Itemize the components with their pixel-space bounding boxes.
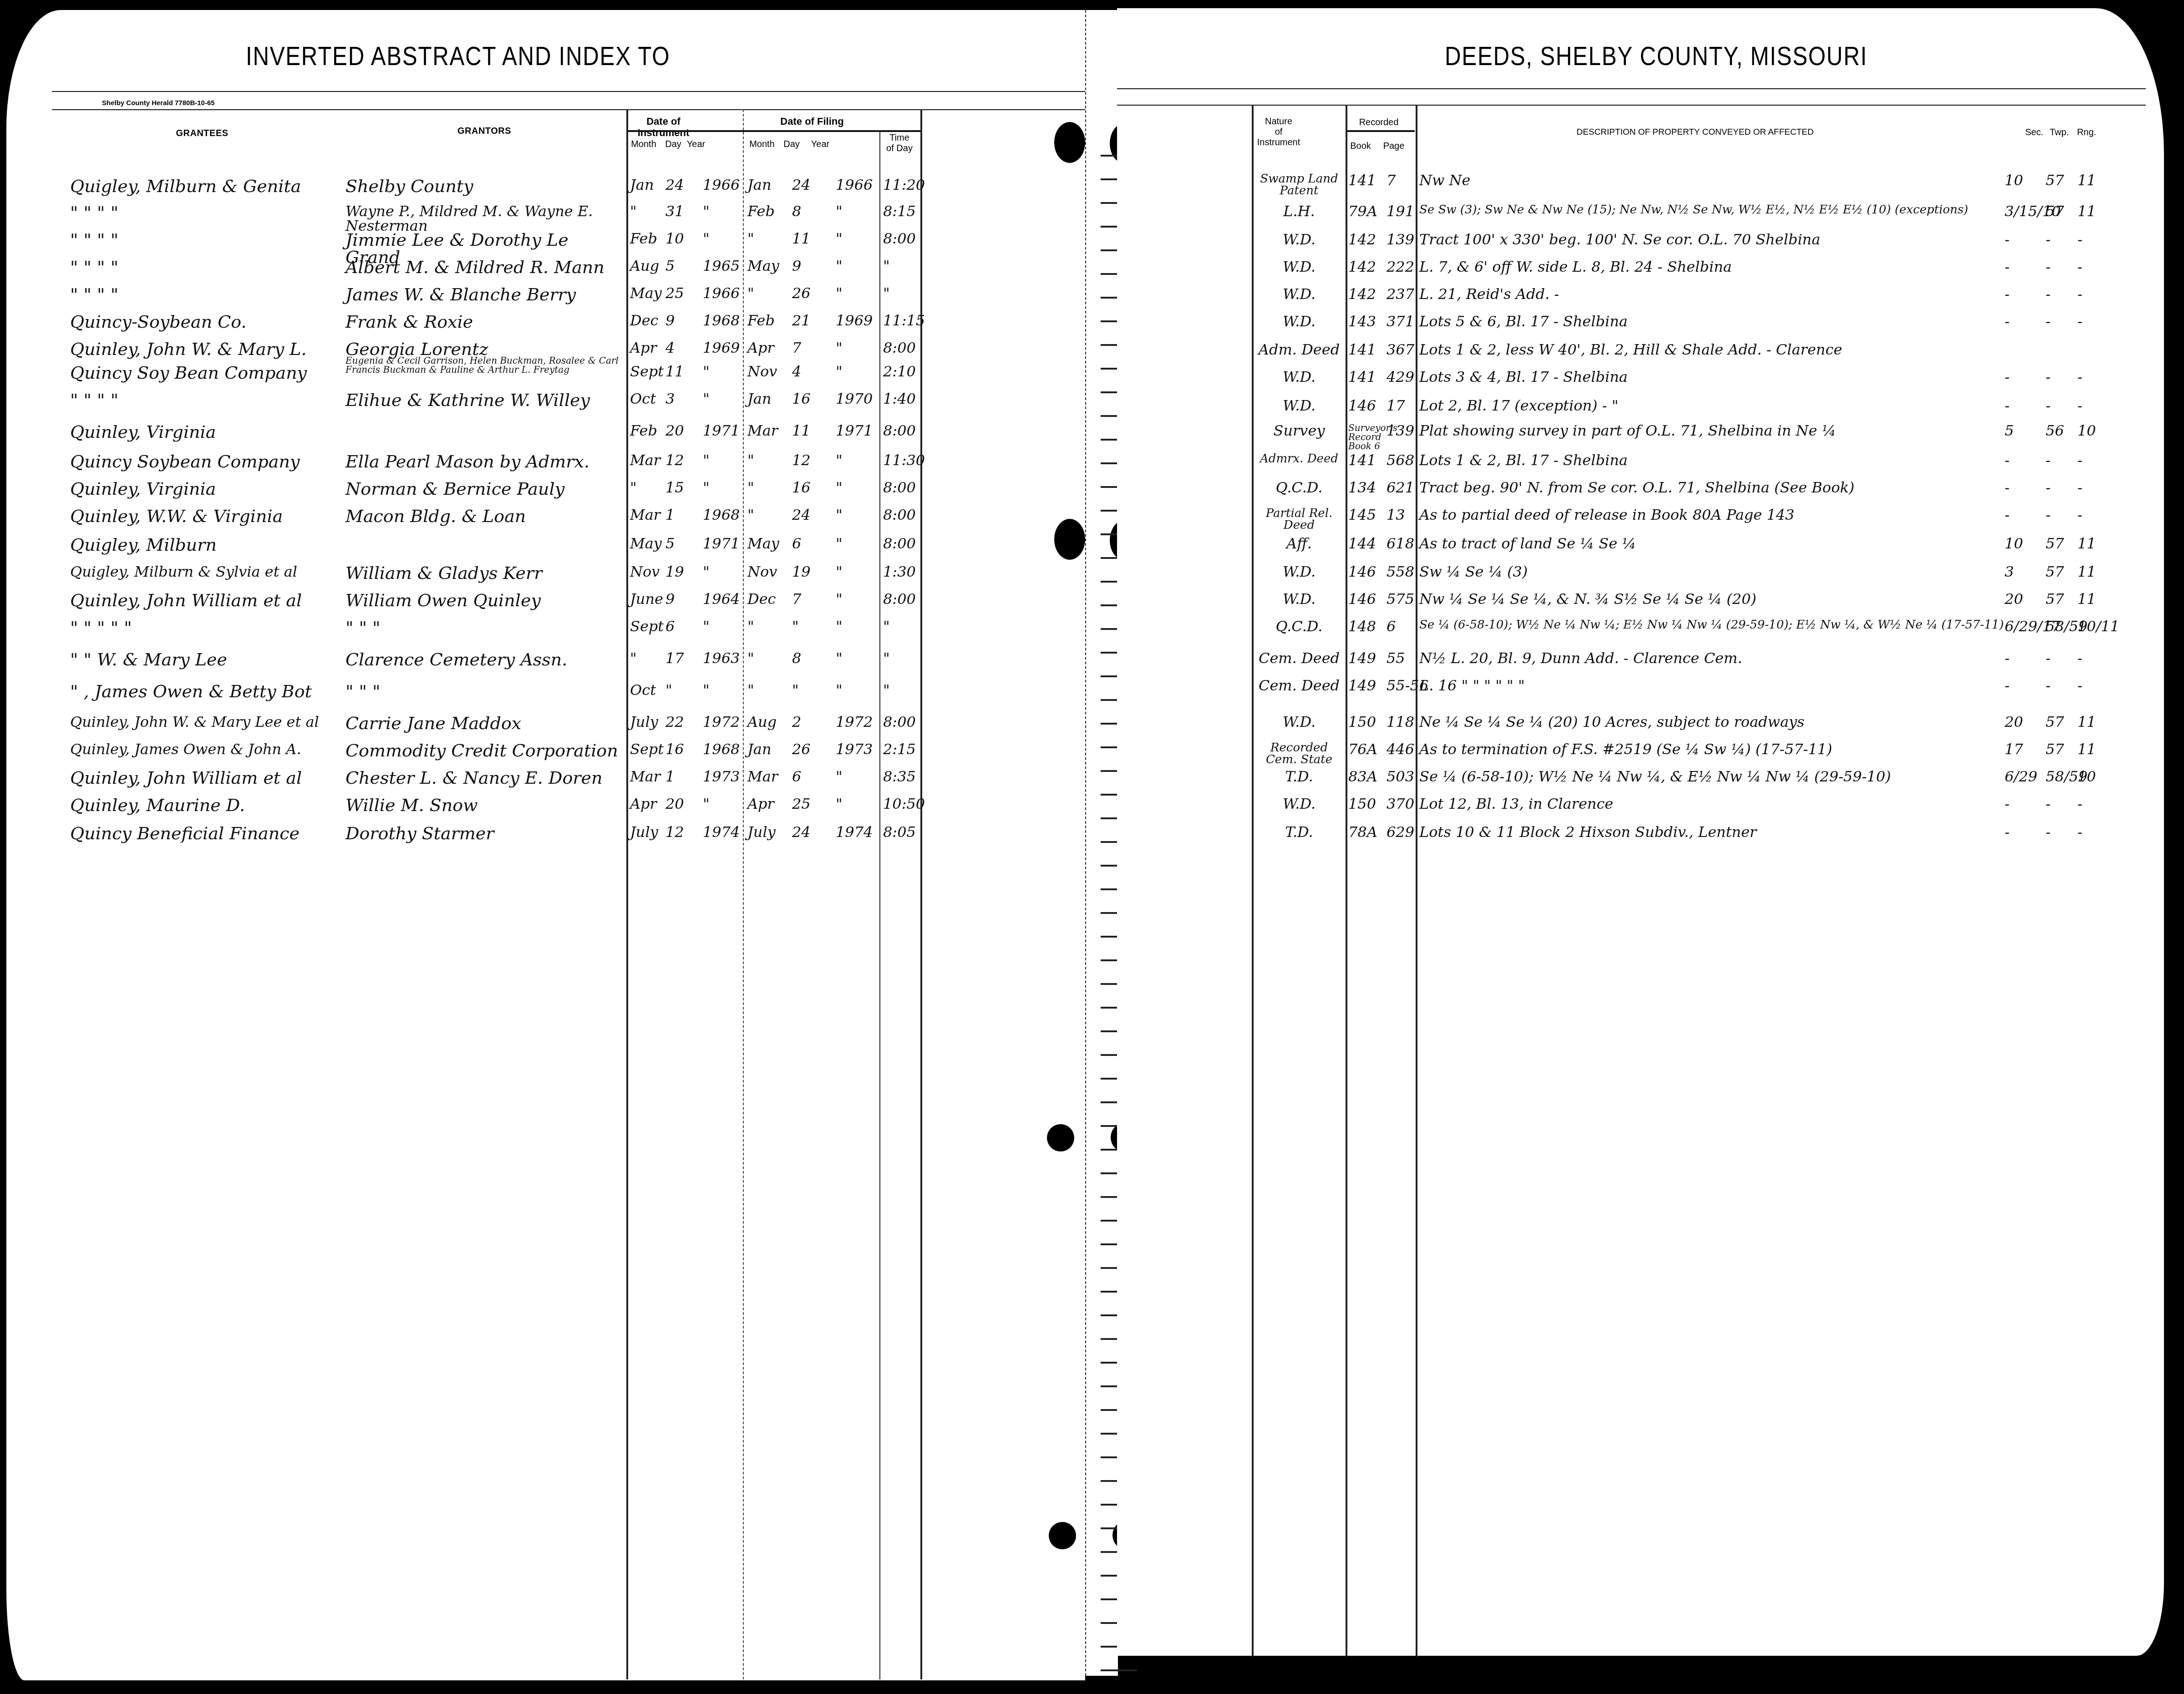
inst-month-cell: May bbox=[630, 536, 662, 551]
sec-cell: 17 bbox=[2005, 742, 2023, 756]
sec-cell: 10 bbox=[2005, 173, 2023, 188]
punch-hole bbox=[1047, 1124, 1074, 1151]
inst-day-cell: 24 bbox=[665, 178, 684, 192]
inst-day-cell: 5 bbox=[665, 536, 675, 551]
time-cell: 11:30 bbox=[883, 453, 925, 467]
page-cell: 367 bbox=[1387, 342, 1414, 357]
nature-cell: W.D. bbox=[1254, 232, 1345, 247]
nature-cell: T.D. bbox=[1254, 769, 1345, 784]
book-cell: 141 bbox=[1348, 342, 1385, 357]
inst-year-cell: " bbox=[703, 480, 710, 495]
rng-cell: 10 bbox=[2077, 769, 2096, 784]
rng-cell: - bbox=[2077, 398, 2082, 413]
header-fil-year: Year bbox=[807, 139, 834, 150]
page-cell: 371 bbox=[1387, 314, 1414, 329]
twp-cell: - bbox=[2046, 507, 2051, 522]
grantor-cell: Norman & Bernice Pauly bbox=[345, 480, 619, 497]
inst-month-cell: Mar bbox=[630, 769, 660, 784]
sec-cell: - bbox=[2005, 398, 2010, 413]
grantee-cell: Quinley, John W. & Mary Lee et al bbox=[70, 715, 319, 729]
nature-cell: Q.C.D. bbox=[1254, 619, 1345, 634]
time-cell: " bbox=[883, 683, 890, 697]
sec-cell: - bbox=[2005, 314, 2010, 329]
fil-day-cell: 21 bbox=[792, 313, 811, 328]
table-row: W.D.141429Lots 3 & 4, Bl. 17 - Shelbina-… bbox=[1117, 370, 2155, 395]
grantor-cell: Dorothy Starmer bbox=[345, 825, 619, 842]
fil-year-cell: 1971 bbox=[836, 423, 873, 438]
book-cell: 150 bbox=[1348, 715, 1385, 729]
fil-year-cell: " bbox=[836, 564, 843, 579]
table-row: W.D.14617Lot 2, Bl. 17 (exception) - "--… bbox=[1117, 398, 2155, 424]
inst-day-cell: 4 bbox=[665, 340, 675, 355]
grantor-cell: William & Gladys Kerr bbox=[345, 564, 619, 582]
twp-cell: - bbox=[2046, 287, 2051, 301]
description-cell: Se Sw (3); Sw Ne & Nw Ne (15); Ne Nw, N½… bbox=[1419, 204, 1968, 216]
header-time-of-day: Time of Day bbox=[881, 133, 918, 154]
table-row: W.D.150370Lot 12, Bl. 13, in Clarence--- bbox=[1117, 796, 2155, 822]
inst-month-cell: Sept bbox=[630, 619, 664, 634]
description-cell: As to partial deed of release in Book 80… bbox=[1419, 507, 1794, 522]
grantee-cell: Quinley, Virginia bbox=[70, 480, 216, 497]
sec-cell: 20 bbox=[2005, 592, 2023, 606]
rng-cell: - bbox=[2077, 259, 2082, 274]
page-cell: 429 bbox=[1387, 370, 1414, 384]
header-nature-line2: of bbox=[1254, 127, 1304, 137]
table-row: Quinley, John William et alWilliam Owen … bbox=[6, 592, 920, 617]
fil-year-cell: " bbox=[836, 453, 843, 467]
header-rule-top bbox=[1117, 88, 2146, 89]
nature-cell: Survey bbox=[1254, 423, 1345, 438]
page-cell: 118 bbox=[1387, 715, 1414, 729]
rng-cell: - bbox=[2077, 678, 2082, 693]
description-cell: As to termination of F.S. #2519 (Se ¼ Sw… bbox=[1419, 742, 1832, 756]
grantee-cell: Quigley, Milburn bbox=[70, 536, 217, 553]
table-row: Swamp Land Patent1417Nw Ne105711 bbox=[1117, 173, 2155, 198]
fil-day-cell: 11 bbox=[792, 231, 811, 246]
fil-year-cell: 1974 bbox=[836, 825, 873, 839]
rng-cell: 11 bbox=[2077, 564, 2096, 579]
description-cell: Nw ¼ Se ¼ Se ¼, & N. ¾ S½ Se ¼ Se ¼ (20) bbox=[1419, 592, 1757, 606]
rng-cell: - bbox=[2077, 370, 2082, 384]
fil-year-cell: 1973 bbox=[836, 742, 873, 756]
inst-day-cell: 16 bbox=[665, 742, 684, 756]
rng-cell: 11 bbox=[2077, 592, 2096, 606]
nature-cell: Cem. Deed bbox=[1254, 651, 1345, 665]
inst-day-cell: 10 bbox=[665, 231, 684, 246]
inst-year-cell: 1968 bbox=[703, 313, 740, 328]
sec-cell: - bbox=[2005, 480, 2010, 495]
punch-hole bbox=[1054, 519, 1085, 560]
nature-cell: Adm. Deed bbox=[1254, 342, 1345, 357]
nature-cell: W.D. bbox=[1254, 314, 1345, 329]
twp-cell: 57 bbox=[2046, 173, 2064, 188]
inst-year-cell: 1974 bbox=[703, 825, 740, 839]
table-row: " " " "Wayne P., Mildred M. & Wayne E. N… bbox=[6, 204, 920, 229]
sec-cell: - bbox=[2005, 287, 2010, 301]
inst-day-cell: 11 bbox=[665, 364, 684, 379]
inst-month-cell: Apr bbox=[630, 796, 657, 811]
fil-year-cell: " bbox=[836, 619, 843, 634]
sec-cell: 5 bbox=[2005, 423, 2014, 438]
fil-day-cell: 9 bbox=[792, 259, 801, 273]
description-cell: Nw Ne bbox=[1419, 173, 1471, 188]
inst-month-cell: Apr bbox=[630, 340, 657, 355]
table-row: Quinley, John W. & Mary Lee et alCarrie … bbox=[6, 715, 920, 740]
nature-cell: Q.C.D. bbox=[1254, 480, 1345, 495]
sec-cell: - bbox=[2005, 507, 2010, 522]
table-row: Quinley, VirginiaFeb201971Mar1119718:00 bbox=[6, 423, 920, 449]
grantor-cell: Macon Bldg. & Loan bbox=[345, 507, 619, 525]
rng-cell: 10/11 bbox=[2077, 619, 2119, 634]
book-cell: 76A bbox=[1348, 742, 1385, 756]
rng-cell: - bbox=[2077, 651, 2082, 665]
fil-month-cell: May bbox=[747, 259, 779, 273]
grantee-cell: Quigley, Milburn & Sylvia et al bbox=[70, 564, 297, 579]
time-cell: 2:15 bbox=[883, 742, 916, 756]
twp-cell: - bbox=[2046, 480, 2051, 495]
inst-month-cell: Oct bbox=[630, 391, 656, 406]
inst-month-cell: Aug bbox=[630, 259, 659, 273]
nature-cell: Recorded Cem. State bbox=[1254, 742, 1345, 766]
time-cell: 2:10 bbox=[883, 364, 916, 379]
header-inst-day: Day bbox=[662, 139, 685, 150]
nature-cell: W.D. bbox=[1254, 259, 1345, 274]
twp-cell: 57 bbox=[2046, 715, 2064, 729]
table-row: Quigley, Milburn & GenitaShelby CountyJa… bbox=[6, 178, 920, 203]
grantee-cell: Quinley, John William et al bbox=[70, 592, 302, 609]
header-time-of-day-line1: Time bbox=[881, 133, 918, 143]
table-row: W.D.143371Lots 5 & 6, Bl. 17 - Shelbina-… bbox=[1117, 314, 2155, 340]
book-cell: 150 bbox=[1348, 796, 1385, 811]
inst-year-cell: " bbox=[703, 796, 710, 811]
table-row: Partial Rel. Deed14513As to partial deed… bbox=[1117, 507, 2155, 533]
inst-year-cell: 1968 bbox=[703, 742, 740, 756]
table-row: Quincy Soybean CompanyElla Pearl Mason b… bbox=[6, 453, 920, 478]
grantee-cell: Quinley, James Owen & John A. bbox=[70, 742, 301, 756]
fil-day-cell: 7 bbox=[792, 340, 801, 355]
fil-year-cell: " bbox=[836, 651, 843, 665]
header-twp: Twp. bbox=[2046, 127, 2073, 138]
book-cell: Surveyor's Record Book 6 bbox=[1348, 423, 1385, 451]
table-row: T.D.83A503Se ¼ (6-58-10); W½ Ne ¼ Nw ¼, … bbox=[1117, 769, 2155, 795]
page-cell: 17 bbox=[1387, 398, 1405, 413]
inst-year-cell: " bbox=[703, 231, 710, 246]
book-cell: 142 bbox=[1348, 259, 1385, 274]
description-cell: Lots 1 & 2, Bl. 17 - Shelbina bbox=[1419, 453, 1628, 467]
fil-month-cell: Jan bbox=[747, 742, 772, 756]
inst-month-cell: Jan bbox=[630, 178, 654, 192]
inst-month-cell: Mar bbox=[630, 507, 660, 522]
time-cell: " bbox=[883, 651, 890, 665]
grantee-cell: Quinley, John William et al bbox=[70, 769, 302, 786]
grantor-cell: Chester L. & Nancy E. Doren bbox=[345, 769, 619, 786]
sec-cell: 10 bbox=[2005, 536, 2023, 551]
page-cell: 222 bbox=[1387, 259, 1414, 274]
right-page: DEEDS, SHELBY COUNTY, MISSOURI Nature of… bbox=[1117, 8, 2164, 1656]
time-cell: 10:50 bbox=[883, 796, 925, 811]
page-cell: 139 bbox=[1387, 232, 1414, 247]
time-cell: 8:00 bbox=[883, 507, 916, 522]
grantee-cell: Quigley, Milburn & Genita bbox=[70, 178, 301, 195]
book-cell: 142 bbox=[1348, 287, 1385, 301]
fil-day-cell: 16 bbox=[792, 391, 811, 406]
table-row: SurveySurveyor's Record Book 6139Plat sh… bbox=[1117, 423, 2155, 449]
table-row: W.D.142237L. 21, Reid's Add. ---- bbox=[1117, 287, 2155, 312]
book-cell: 148 bbox=[1348, 619, 1385, 634]
book-cell: 142 bbox=[1348, 232, 1385, 247]
fil-day-cell: 8 bbox=[792, 651, 801, 665]
inst-month-cell: Feb bbox=[630, 423, 657, 438]
header-nature-line1: Nature bbox=[1254, 117, 1304, 127]
table-row: Quincy-Soybean Co.Frank & RoxieDec91968F… bbox=[6, 313, 920, 339]
table-row: " " " " "" " "Sept6""""" bbox=[6, 619, 920, 644]
time-cell: 8:00 bbox=[883, 592, 916, 606]
description-cell: Plat showing survey in part of O.L. 71, … bbox=[1419, 423, 1836, 438]
sec-cell: - bbox=[2005, 796, 2010, 811]
fil-year-cell: " bbox=[836, 507, 843, 522]
grantee-cell: " " W. & Mary Lee bbox=[70, 651, 227, 668]
fil-month-cell: " bbox=[747, 453, 754, 467]
description-cell: Se ¼ (6-58-10); W½ Ne ¼ Nw ¼, & E½ Nw ¼ … bbox=[1419, 769, 1891, 784]
fil-year-cell: 1966 bbox=[836, 178, 873, 192]
header-date-of-instrument: Date of Instrument bbox=[624, 116, 703, 139]
header-rng: Rng. bbox=[2073, 127, 2100, 138]
time-cell: 1:40 bbox=[883, 391, 916, 406]
page-cell: 237 bbox=[1387, 287, 1414, 301]
twp-cell: 57 bbox=[2046, 204, 2064, 218]
time-cell: 11:20 bbox=[883, 178, 925, 192]
recorded-divider bbox=[1346, 130, 1415, 132]
grantee-cell: Quincy-Soybean Co. bbox=[70, 313, 247, 330]
fil-month-cell: May bbox=[747, 536, 779, 551]
description-cell: Lots 10 & 11 Block 2 Hixson Subdiv., Len… bbox=[1419, 825, 1757, 839]
table-row: Adm. Deed141367Lots 1 & 2, less W 40', B… bbox=[1117, 342, 2155, 368]
fil-year-cell: " bbox=[836, 340, 843, 355]
inst-day-cell: 20 bbox=[665, 796, 684, 811]
fil-year-cell: " bbox=[836, 796, 843, 811]
nature-cell: W.D. bbox=[1254, 370, 1345, 384]
inst-year-cell: 1966 bbox=[703, 286, 740, 300]
header-recorded: Recorded bbox=[1345, 117, 1413, 128]
description-cell: N½ L. 20, Bl. 9, Dunn Add. - Clarence Ce… bbox=[1419, 651, 1742, 665]
twp-cell: 57 bbox=[2046, 592, 2064, 606]
fil-year-cell: " bbox=[836, 683, 843, 697]
inst-month-cell: June bbox=[630, 592, 663, 606]
time-cell: 8:00 bbox=[883, 340, 916, 355]
fil-month-cell: " bbox=[747, 619, 754, 634]
grantee-cell: Quinley, Virginia bbox=[70, 423, 216, 441]
rng-cell: - bbox=[2077, 796, 2082, 811]
punch-hole bbox=[1054, 122, 1085, 163]
fil-month-cell: Dec bbox=[747, 592, 776, 606]
header-rule bbox=[52, 109, 1085, 110]
inst-day-cell: " bbox=[665, 683, 672, 697]
header-grantors: GRANTORS bbox=[439, 126, 530, 137]
header-nature-of-instrument: Nature of Instrument bbox=[1254, 117, 1304, 148]
header-inst-year: Year bbox=[685, 139, 707, 150]
inst-year-cell: 1966 bbox=[703, 178, 740, 192]
description-cell: Lots 1 & 2, less W 40', Bl. 2, Hill & Sh… bbox=[1419, 342, 1842, 357]
header-book: Book bbox=[1347, 141, 1374, 152]
description-cell: Tract beg. 90' N. from Se cor. O.L. 71, … bbox=[1419, 480, 1854, 495]
inst-year-cell: " bbox=[703, 453, 710, 467]
fil-year-cell: " bbox=[836, 231, 843, 246]
inst-year-cell: 1969 bbox=[703, 340, 740, 355]
inst-day-cell: 6 bbox=[665, 619, 675, 634]
table-row: " , James Owen & Betty Bot" " "Oct"""""" bbox=[6, 683, 920, 708]
printer-imprint: Shelby County Herald 7780B-10-65 bbox=[102, 99, 215, 107]
table-row: Quigley, MilburnMay51971May6"8:00 bbox=[6, 536, 920, 562]
inst-month-cell: Oct bbox=[630, 683, 656, 697]
twp-cell: - bbox=[2046, 259, 2051, 274]
grantee-cell: " " " " " bbox=[70, 619, 132, 636]
page-cell: 139 bbox=[1387, 423, 1414, 438]
grantor-cell: James W. & Blanche Berry bbox=[345, 286, 619, 303]
table-row: " " " "Jimmie Lee & Dorothy Le GrandFeb1… bbox=[6, 231, 920, 257]
table-row: Quinley, Maurine D.Willie M. SnowApr20"A… bbox=[6, 796, 920, 822]
fil-year-cell: " bbox=[836, 286, 843, 300]
header-sec: Sec. bbox=[2023, 127, 2046, 138]
fil-month-cell: Jan bbox=[747, 391, 772, 406]
fil-day-cell: 19 bbox=[792, 564, 811, 579]
time-cell: 8:00 bbox=[883, 480, 916, 495]
grantor-cell: Commodity Credit Corporation bbox=[345, 742, 619, 759]
inst-month-cell: Sept bbox=[630, 742, 664, 756]
table-row: Quinley, W.W. & VirginiaMacon Bldg. & Lo… bbox=[6, 507, 920, 533]
twp-cell: 56 bbox=[2046, 423, 2064, 438]
inst-year-cell: " bbox=[703, 364, 710, 379]
page-cell: 55 bbox=[1387, 651, 1405, 665]
grantor-cell: Eugenia & Cecil Garrison, Helen Buckman,… bbox=[345, 356, 619, 374]
table-row: Q.C.D.134621Tract beg. 90' N. from Se co… bbox=[1117, 480, 2155, 506]
twp-cell: - bbox=[2046, 678, 2051, 693]
inst-day-cell: 12 bbox=[665, 453, 684, 467]
grantor-cell: Ella Pearl Mason by Admrx. bbox=[345, 453, 619, 470]
time-cell: " bbox=[883, 619, 890, 634]
header-fil-month: Month bbox=[748, 139, 776, 150]
book-cell: 79A bbox=[1348, 204, 1385, 218]
header-date-of-filing: Date of Filing bbox=[744, 116, 880, 127]
fil-day-cell: 24 bbox=[792, 825, 811, 839]
rng-cell: - bbox=[2077, 232, 2082, 247]
grantor-cell: " " " bbox=[345, 619, 619, 636]
header-fil-day: Day bbox=[780, 139, 803, 150]
grantee-cell: Quincy Soybean Company bbox=[70, 453, 300, 470]
page-cell: 446 bbox=[1387, 742, 1414, 756]
sec-cell: - bbox=[2005, 232, 2010, 247]
time-cell: 8:05 bbox=[883, 825, 916, 839]
rng-cell: 11 bbox=[2077, 204, 2096, 218]
table-row: Cem. Deed14955-56L. 16 " " " " " "--- bbox=[1117, 678, 2155, 704]
fil-month-cell: " bbox=[747, 651, 754, 665]
time-cell: 11:15 bbox=[883, 313, 925, 328]
header-page: Page bbox=[1380, 141, 1407, 152]
nature-cell: W.D. bbox=[1254, 398, 1345, 413]
grantor-cell: William Owen Quinley bbox=[345, 592, 619, 609]
twp-cell: 57 bbox=[2046, 536, 2064, 551]
sec-cell: 20 bbox=[2005, 715, 2023, 729]
table-row: Quincy Beneficial FinanceDorothy Starmer… bbox=[6, 825, 920, 850]
grantee-cell: Quinley, W.W. & Virginia bbox=[70, 507, 283, 525]
inst-day-cell: 15 bbox=[665, 480, 684, 495]
fil-year-cell: " bbox=[836, 592, 843, 606]
inst-month-cell: Sept bbox=[630, 364, 664, 379]
fil-month-cell: Aug bbox=[747, 715, 777, 729]
grantee-cell: Quincy Beneficial Finance bbox=[70, 825, 300, 842]
nature-cell: Swamp Land Patent bbox=[1254, 173, 1345, 197]
inst-year-cell: 1963 bbox=[703, 651, 740, 665]
rng-cell: - bbox=[2077, 507, 2082, 522]
table-row: Quinley, John William et alChester L. & … bbox=[6, 769, 920, 795]
binding-strip bbox=[1085, 10, 1118, 1676]
fil-year-cell: " bbox=[836, 259, 843, 273]
table-row: Quinley, VirginiaNorman & Bernice Pauly"… bbox=[6, 480, 920, 506]
table-row: Cem. Deed14955N½ L. 20, Bl. 9, Dunn Add.… bbox=[1117, 651, 2155, 676]
twp-cell: - bbox=[2046, 453, 2051, 467]
description-cell: L. 16 " " " " " " bbox=[1419, 678, 1525, 693]
fil-day-cell: 12 bbox=[792, 453, 811, 467]
sec-cell: - bbox=[2005, 453, 2010, 467]
table-row: " " " "Albert M. & Mildred R. MannAug519… bbox=[6, 259, 920, 284]
table-row: Admrx. Deed141568Lots 1 & 2, Bl. 17 - Sh… bbox=[1117, 453, 2155, 478]
page-cell: 558 bbox=[1387, 564, 1414, 579]
twp-cell: - bbox=[2046, 232, 2051, 247]
twp-cell: - bbox=[2046, 825, 2051, 839]
fil-day-cell: 6 bbox=[792, 536, 801, 551]
time-cell: 8:00 bbox=[883, 536, 916, 551]
fil-day-cell: 24 bbox=[792, 507, 811, 522]
description-cell: Lots 5 & 6, Bl. 17 - Shelbina bbox=[1419, 314, 1628, 329]
col-line-end bbox=[920, 109, 922, 1679]
time-cell: " bbox=[883, 286, 890, 300]
grantee-cell: " , James Owen & Betty Bot bbox=[70, 683, 312, 700]
inst-day-cell: 12 bbox=[665, 825, 684, 839]
inst-month-cell: July bbox=[630, 715, 658, 729]
fil-day-cell: 4 bbox=[792, 364, 801, 379]
grantee-cell: " " " " bbox=[70, 231, 118, 249]
grantor-cell: Carrie Jane Maddox bbox=[345, 715, 619, 732]
rng-cell: 10 bbox=[2077, 423, 2096, 438]
inst-month-cell: Dec bbox=[630, 313, 659, 328]
page-cell: 568 bbox=[1387, 453, 1414, 467]
inst-day-cell: 22 bbox=[665, 715, 684, 729]
time-cell: 8:00 bbox=[883, 423, 916, 438]
grantee-cell: " " " " bbox=[70, 204, 118, 221]
rng-cell: - bbox=[2077, 453, 2082, 467]
nature-cell: L.H. bbox=[1254, 204, 1345, 218]
grantor-cell: Clarence Cemetery Assn. bbox=[345, 651, 619, 668]
nature-cell: T.D. bbox=[1254, 825, 1345, 839]
fil-year-cell: 1970 bbox=[836, 391, 873, 406]
page-cell: 629 bbox=[1387, 825, 1414, 839]
rng-cell: - bbox=[2077, 314, 2082, 329]
twp-cell: 57 bbox=[2046, 742, 2064, 756]
table-row: L.H.79A191Se Sw (3); Sw Ne & Nw Ne (15);… bbox=[1117, 204, 2155, 229]
table-row: Quigley, Milburn & Sylvia et alWilliam &… bbox=[6, 564, 920, 590]
fil-month-cell: Feb bbox=[747, 313, 775, 328]
punch-hole bbox=[1049, 1522, 1076, 1549]
page-cell: 503 bbox=[1387, 769, 1414, 784]
inst-month-cell: " bbox=[630, 480, 637, 495]
book-cell: 141 bbox=[1348, 173, 1385, 188]
header-time-of-day-line2: of Day bbox=[881, 143, 918, 154]
binding-tick bbox=[1101, 1669, 1137, 1671]
fil-month-cell: " bbox=[747, 683, 754, 697]
fil-month-cell: Apr bbox=[747, 340, 774, 355]
inst-day-cell: 9 bbox=[665, 313, 675, 328]
twp-cell: - bbox=[2046, 651, 2051, 665]
table-row: Q.C.D.1486Se ¼ (6-58-10); W½ Ne ¼ Nw ¼; … bbox=[1117, 619, 2155, 644]
